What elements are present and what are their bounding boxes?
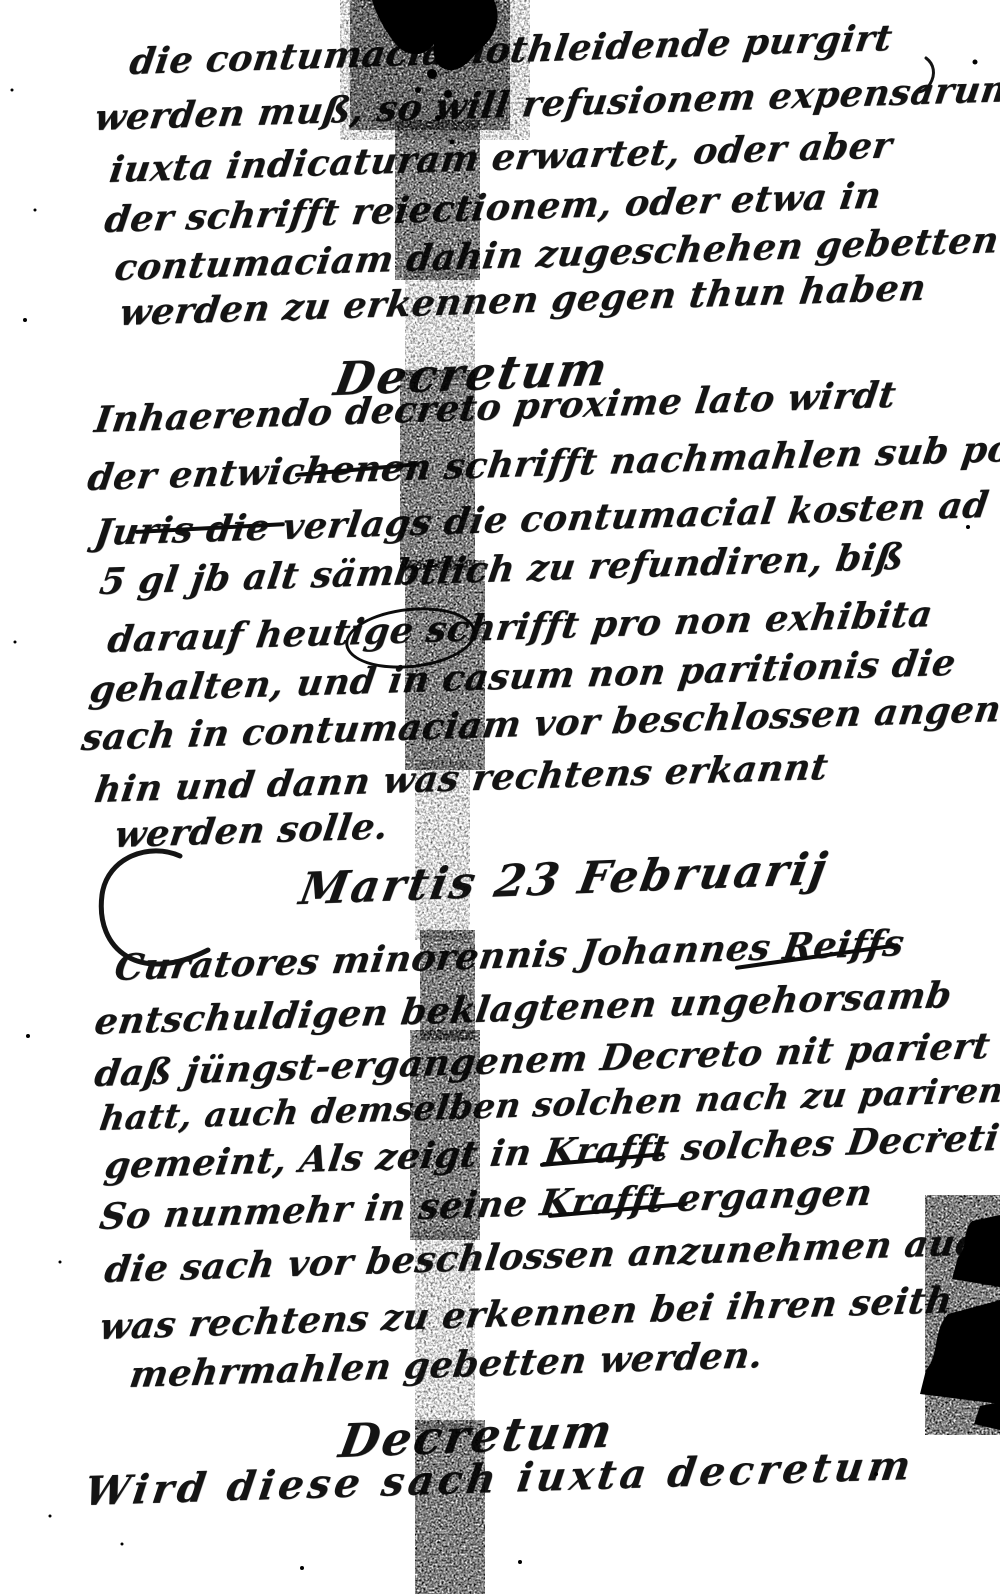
text-line: hin und dann was rechtens erkannt [92,749,830,808]
text-line: die contumacia nothleidende purgirt [127,20,894,80]
text-line: So nunmehr in seine Krafft ergangen [97,1175,874,1235]
text-line: Wird diese sach iuxta decretum [82,1446,917,1512]
section-heading-martis: Martis 23 Februarij [296,848,832,913]
text-line: der entwichenen schrifft nachmahlen sub … [85,429,1000,497]
manuscript-page: die contumacia nothleidende purgirt werd… [0,0,1000,1594]
text-line: werden solle. [112,808,390,853]
text-line: Inhaerendo decreto proxime lato wirdt [92,377,898,438]
text-line: was rechtens zu erkennen bei ihren seith [97,1282,955,1345]
handwriting-text-layer: die contumacia nothleidende purgirt werd… [0,0,1000,1594]
text-line: mehrmahlen gebetten werden. [127,1337,765,1393]
text-line: Curatores minorennis Johannes Reiffs [112,925,906,986]
